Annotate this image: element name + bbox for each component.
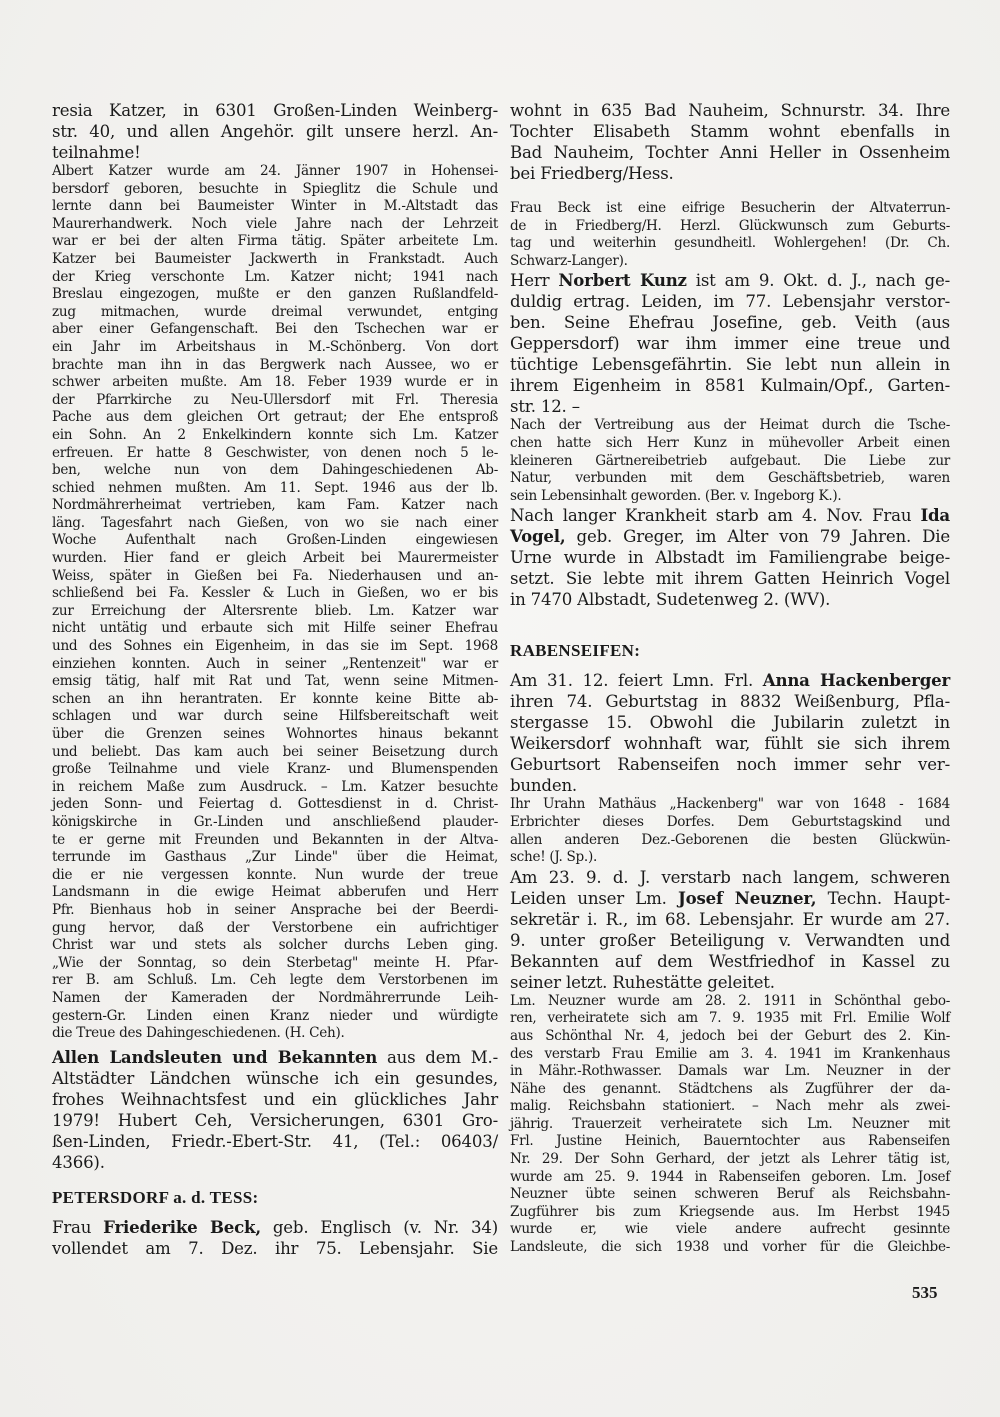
text-line: die Treue des Dahingeschiedenen. (H. Ceh… (52, 1025, 498, 1043)
scanned-page: resia Katzer, in 6301 Großen-Linden Wein… (0, 0, 1000, 1417)
text-line: 4366). (52, 1152, 498, 1173)
text-line: wurde am 25. 9. 1944 in Rabenseifen gebo… (510, 1169, 950, 1187)
text-line: aber einer Gefangenschaft. Bei den Tsche… (52, 321, 498, 339)
text-line: jeden Sonn- und Feiertag d. Gottesdienst… (52, 796, 498, 814)
neuzner-obituary: Am 23. 9. d. J. verstarb nach langem, sc… (510, 867, 950, 993)
text-line: gung hervor, daß der Verstorbene ein auf… (52, 920, 498, 938)
right-column: wohnt in 635 Bad Nauheim, Schnurstr. 34.… (510, 100, 950, 1257)
person-name: Josef Neuzner, (678, 888, 816, 908)
text-line: königskirche in Gr.-Linden und anschließ… (52, 814, 498, 832)
text-line: in reichem Maße zum Ausdruck. – Lm. Katz… (52, 779, 498, 797)
text-line: einziehen konnten. Auch in seiner „Rente… (52, 656, 498, 674)
text-line: Woche Aufenthalt nach Großen-Linden eing… (52, 532, 498, 550)
text-line: schwer arbeiten mußte. Am 18. Feber 1939… (52, 374, 498, 392)
text-line: Geburtsort Rabenseifen noch immer sehr v… (510, 754, 950, 775)
text-line: ein Jahr im Arbeitshaus in M.-Schönberg.… (52, 339, 498, 357)
text-line: in Mähr.-Rothwasser. Damals war Lm. Neuz… (510, 1063, 950, 1081)
text-line: Frau Friederike Beck, geb. Englisch (v. … (52, 1217, 498, 1238)
text-line: ihrem Eigenheim in 8581 Kulmain/Opf., Ga… (510, 375, 950, 396)
text-line: Nr. 29. Der Sohn Gerhard, der jetzt als … (510, 1151, 950, 1169)
text-line: jährig. Trauerzeit verheiratete sich Lm.… (510, 1116, 950, 1134)
text-line: Breslau eingezogen, mußte er den ganzen … (52, 286, 498, 304)
page-number: 535 (912, 1283, 938, 1303)
text-line: kleineren Gärtnereibetrieb aufgebaut. Di… (510, 453, 950, 471)
person-name: Vogel, (510, 526, 565, 546)
text-line: Herr Norbert Kunz ist am 9. Okt. d. J., … (510, 270, 950, 291)
text-line: aus Schönthal Nr. 4, jedoch bei der Gebu… (510, 1028, 950, 1046)
text-line: Am 31. 12. feiert Lmn. Frl. Anna Hackenb… (510, 670, 950, 691)
text-line: bei Friedberg/Hess. (510, 163, 950, 184)
text-line: schließend bei Fa. Kessler & Luch in Gie… (52, 585, 498, 603)
greeting-bold-lead: Allen Landsleuten und Bekannten (52, 1047, 377, 1067)
text-line: schen an ihn herantraten. Er konnte kein… (52, 691, 498, 709)
text-line: Katzer bei Baumeister Jackwerth in Frank… (52, 251, 498, 269)
person-name: Norbert Kunz (558, 270, 686, 290)
text-line: Nähe des genannt. Städtchens als Zugführ… (510, 1081, 950, 1099)
kunz-note: Nach der Vertreibung aus der Heimat durc… (510, 417, 950, 505)
text-line: Leiden unser Lm. Josef Neuzner, Techn. H… (510, 888, 950, 909)
hackenberger-birthday: Am 31. 12. feiert Lmn. Frl. Anna Hackenb… (510, 670, 950, 796)
text-line: te er gerne mit Freunden und Bekannten i… (52, 832, 498, 850)
text-line: erfreuen. Er hatte 8 Geschwister, von de… (52, 445, 498, 463)
text-line: über die Grenzen seines Wohnortes hinaus… (52, 726, 498, 744)
person-name: Friederike Beck, (103, 1217, 261, 1237)
text-line: duldig ertrag. Leiden, im 77. Lebensjahr… (510, 291, 950, 312)
text-line: und des Sohnes ein Eigenheim, in das sie… (52, 638, 498, 656)
text-line: sche! (J. Sp.). (510, 849, 950, 867)
text-line: und beliebt. Das kam auch bei seiner Bei… (52, 744, 498, 762)
text-line: war er bei der alten Firma tätig. Später… (52, 233, 498, 251)
text-line: Weikersdorf wohnhaft war, fühlt sie sich… (510, 733, 950, 754)
text-line: sein Lebensinhalt geworden. (Ber. v. Ing… (510, 488, 950, 506)
text-line: seiner letzt. Ruhestätte geleitet. (510, 972, 950, 993)
text-line: des verstarb Frau Emilie am 3. 4. 1941 i… (510, 1046, 950, 1064)
text-line: läng. Tagesfahrt nach Gießen, von wo sie… (52, 515, 498, 533)
katzer-condolence: resia Katzer, in 6301 Großen-Linden Wein… (52, 100, 498, 163)
text-line: str. 12. – (510, 396, 950, 417)
text-line: ben, welche nun von dem Dahingeschiedene… (52, 462, 498, 480)
text-line: Namen der Kameraden der Nordmährerrunde … (52, 990, 498, 1008)
text-line: Urne wurde in Albstadt im Familiengrabe … (510, 547, 950, 568)
text-line: Allen Landsleuten und Bekannten aus dem … (52, 1047, 498, 1068)
text-line: stergasse 15. Obwohl die Jubilarin zulet… (510, 712, 950, 733)
text-line: bunden. (510, 775, 950, 796)
section-heading-rabenseifen: RABENSEIFEN: (510, 640, 950, 662)
text-line: Nach der Vertreibung aus der Heimat durc… (510, 417, 950, 435)
text-line: de in Friedberg/H. Herzl. Glückwunsch zu… (510, 218, 950, 236)
text-line: Albert Katzer wurde am 24. Jänner 1907 i… (52, 163, 498, 181)
text-line: zug mitmachen, wurde dreimal verwundet, … (52, 304, 498, 322)
text-line: 9. unter großer Beteiligung v. Verwandte… (510, 930, 950, 951)
text-line: sekretär i. R., im 68. Lebensjahr. Er wu… (510, 909, 950, 930)
text-line: Pfr. Bienhaus hob in seiner Ansprache be… (52, 902, 498, 920)
text-line: wurden. Hier fand er gleich Arbeit bei M… (52, 550, 498, 568)
text-line: allen anderen Dez.-Geborenen die besten … (510, 832, 950, 850)
text-line: Erbrichter dieses Dorfes. Dem Geburtstag… (510, 814, 950, 832)
text-line: resia Katzer, in 6301 Großen-Linden Wein… (52, 100, 498, 121)
text-line: Natur, verbunden mit dem Geschäftsbetrie… (510, 470, 950, 488)
text-line: bersdorf geboren, besuchte in Spieglitz … (52, 181, 498, 199)
text-line: große Teilnahme und viele Kranz- und Blu… (52, 761, 498, 779)
text-line: Bad Nauheim, Tochter Anni Heller in Osse… (510, 142, 950, 163)
hackenberger-note: Ihr Urahn Mathäus „Hackenberg" war von 1… (510, 796, 950, 866)
text-line: Christ war und stets als solcher durchs … (52, 937, 498, 955)
text-line: gestern-Gr. Linden einen Kranz nieder un… (52, 1008, 498, 1026)
text-line: 1979! Hubert Ceh, Versicherungen, 6301 G… (52, 1110, 498, 1131)
text-line: ren, verheiratete sich am 7. 9. 1935 mit… (510, 1010, 950, 1028)
text-line: terrunde im Gasthaus „Zur Linde" über di… (52, 849, 498, 867)
text-line: Frau Beck ist eine eifrige Besucherin de… (510, 200, 950, 218)
text-line: ihren 74. Geburtstag in 8832 Weißenburg,… (510, 691, 950, 712)
text-line: Landsleute, die sich 1938 und vorher für… (510, 1239, 950, 1257)
text-line: teilnahme! (52, 142, 498, 163)
text-line: rer B. am Schluß. Lm. Ceh legte dem Vers… (52, 972, 498, 990)
beck-continuation: wohnt in 635 Bad Nauheim, Schnurstr. 34.… (510, 100, 950, 184)
kunz-obituary: Herr Norbert Kunz ist am 9. Okt. d. J., … (510, 270, 950, 417)
text-line: schied nehmen mußten. Am 11. Sept. 1946 … (52, 480, 498, 498)
text-line: Tochter Elisabeth Stamm wohnt ebenfalls … (510, 121, 950, 142)
beck-birthday: Frau Friederike Beck, geb. Englisch (v. … (52, 1217, 498, 1259)
neuzner-note: Lm. Neuzner wurde am 28. 2. 1911 in Schö… (510, 993, 950, 1257)
text-line: malig. Reichsbahn stationiert. – Nach me… (510, 1098, 950, 1116)
text-line: chen hatte sich Herr Kunz in mühevoller … (510, 435, 950, 453)
text-line: Frl. Justine Heinich, Bauerntochter aus … (510, 1133, 950, 1151)
text-line: lernte dann bei Baumeister Winter in M.-… (52, 198, 498, 216)
section-heading-petersdorf: PETERSDORF a. d. TESS: (52, 1187, 498, 1209)
text-line: tüchtige Lebensgefährtin. Sie lebt nun a… (510, 354, 950, 375)
text-line: Geppersdorf) war ihm immer eine treue un… (510, 333, 950, 354)
text-line: wurde er, wie viele andere aufrecht gesi… (510, 1221, 950, 1239)
text-line: tag und weiterhin gesundheitl. Wohlergeh… (510, 235, 950, 253)
text-line: ßen-Linden, Friedr.-Ebert-Str. 41, (Tel.… (52, 1131, 498, 1152)
text-line: nicht untätig und erbaute sich mit Hilfe… (52, 620, 498, 638)
text-line: Schwarz-Langer). (510, 253, 950, 271)
text-line: brachte man ihn in das Bergwerk nach Aus… (52, 357, 498, 375)
text-line: in 7470 Albstadt, Sudetenweg 2. (WV). (510, 589, 950, 610)
text-line: wohnt in 635 Bad Nauheim, Schnurstr. 34.… (510, 100, 950, 121)
text-line: frohes Weihnachtsfest und ein glückliche… (52, 1089, 498, 1110)
text-line: ben. Seine Ehefrau Josefine, geb. Veith … (510, 312, 950, 333)
text-line: Altstädter Ländchen wünsche ich ein gesu… (52, 1068, 498, 1089)
person-name: Ida (920, 505, 950, 525)
text-line: „Wie der Sonntag, so dein Sterbetag" mei… (52, 955, 498, 973)
vogel-obituary: Nach langer Krankheit starb am 4. Nov. F… (510, 505, 950, 610)
text-line: Maurerhandwerk. Noch viele Jahre nach de… (52, 216, 498, 234)
text-line: Nordmährerheimat vertrieben, kam Fam. Ka… (52, 497, 498, 515)
text-line: emsig tätig, half mit Rat und Tat, wenn … (52, 673, 498, 691)
text-line: Pache aus dem gleichen Ort getraut; der … (52, 409, 498, 427)
text-line: str. 40, und allen Angehör. gilt unsere … (52, 121, 498, 142)
text-line: Zugführer bis zum Kriegsende aus. Im Her… (510, 1204, 950, 1222)
text-line: Weiss, später in Gießen bei Fa. Niederha… (52, 568, 498, 586)
text-line: ein Sohn. An 2 Enkelkindern konnte sich … (52, 427, 498, 445)
beck-note: Frau Beck ist eine eifrige Besucherin de… (510, 200, 950, 270)
text-line: vollendet am 7. Dez. ihr 75. Lebensjahr.… (52, 1238, 498, 1259)
text-line: setzt. Sie lebte mit ihrem Gatten Heinri… (510, 568, 950, 589)
text-line: Nach langer Krankheit starb am 4. Nov. F… (510, 505, 950, 526)
text-line: die er nie vergessen konnte. Nun wurde d… (52, 867, 498, 885)
text-line: Landsmann in die ewige Heimat abberufen … (52, 884, 498, 902)
text-line: der Pfarrkirche zu Neu-Ullersdorf mit Fr… (52, 392, 498, 410)
person-name: Anna Hackenberger (763, 670, 950, 690)
text-line: schlagen und war durch seine Hilfsbereit… (52, 708, 498, 726)
left-column: resia Katzer, in 6301 Großen-Linden Wein… (52, 100, 498, 1259)
text-line: Lm. Neuzner wurde am 28. 2. 1911 in Schö… (510, 993, 950, 1011)
text-line: zur Erreichung der Altersrente blieb. Lm… (52, 603, 498, 621)
text-line: Neuzner übte seinen schweren Beruf als R… (510, 1186, 950, 1204)
text-line: Am 23. 9. d. J. verstarb nach langem, sc… (510, 867, 950, 888)
text-line: Bekannten auf dem Westfriedhof in Kassel… (510, 951, 950, 972)
katzer-biography: Albert Katzer wurde am 24. Jänner 1907 i… (52, 163, 498, 1043)
text-line: Vogel, geb. Greger, im Alter von 79 Jahr… (510, 526, 950, 547)
text-line: Ihr Urahn Mathäus „Hackenberg" war von 1… (510, 796, 950, 814)
christmas-greeting: Allen Landsleuten und Bekannten aus dem … (52, 1047, 498, 1173)
text-line: der Krieg verschonte Lm. Katzer nicht; 1… (52, 269, 498, 287)
